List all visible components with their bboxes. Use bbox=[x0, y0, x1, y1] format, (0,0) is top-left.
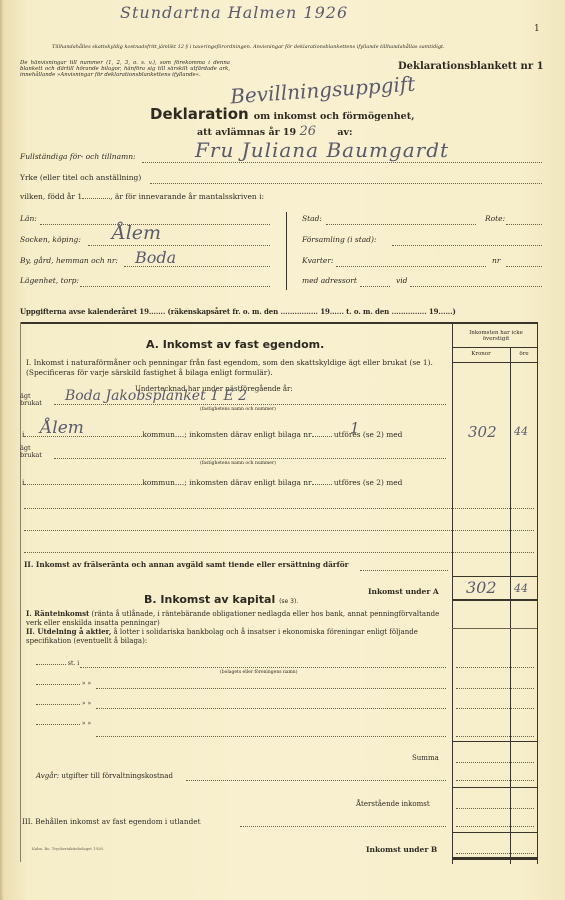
total-a-bottom-rule bbox=[452, 599, 537, 601]
blank-line-3[interactable] bbox=[24, 552, 534, 553]
column-subheader-rule bbox=[452, 362, 537, 363]
amount-column-right bbox=[537, 324, 538, 864]
item2-bold: II. Utdelning å aktier, bbox=[26, 627, 111, 636]
share-amount-1[interactable] bbox=[456, 667, 534, 668]
forsamling-field[interactable] bbox=[392, 245, 542, 246]
share-name-2[interactable] bbox=[96, 688, 446, 689]
born-label: vilken, född år 1 bbox=[20, 192, 82, 201]
section-b-item3: III. Behållen inkomst av fast egendom i … bbox=[22, 817, 201, 826]
share-amount-4[interactable] bbox=[456, 736, 534, 737]
title-line2: att avlämnas år 19 26 av: bbox=[197, 124, 353, 139]
fullname-field[interactable]: Fru Juliana Baumgardt bbox=[195, 138, 449, 162]
page-edge-shadow bbox=[0, 0, 4, 900]
share-prefix-1: st. i bbox=[68, 660, 79, 667]
total-b-field[interactable] bbox=[456, 853, 534, 854]
page-title: Deklaration om inkomst och förmögenhet, bbox=[150, 104, 414, 123]
amount-column-left bbox=[452, 324, 453, 864]
share-name-3[interactable] bbox=[96, 708, 446, 709]
property1-field[interactable]: Boda Jakobsplanket 1 E 2 bbox=[65, 388, 247, 404]
rote-label: Rote: bbox=[485, 214, 505, 223]
income-text-1: ; inkomsten därav enligt bilaga nr bbox=[184, 430, 311, 439]
kvarter-nr-label: nr bbox=[492, 256, 500, 265]
kommun1-field[interactable]: Ålem bbox=[40, 418, 84, 438]
title-sub: om inkomst och förmögenhet, bbox=[254, 111, 415, 122]
adressort-label: med adressort bbox=[302, 276, 357, 285]
item2-line bbox=[360, 570, 448, 571]
brukat-label-2: brukat bbox=[20, 452, 42, 459]
deduct-line bbox=[186, 780, 446, 781]
summa-top-rule bbox=[452, 741, 537, 742]
total-a-label: Inkomst under A bbox=[368, 587, 439, 596]
by-field[interactable]: Boda bbox=[135, 248, 176, 267]
socken-line bbox=[88, 245, 270, 246]
summa-field[interactable] bbox=[456, 762, 534, 763]
brukat-label-1: brukat bbox=[20, 400, 42, 407]
total-a-top-rule bbox=[452, 576, 537, 577]
total-b-label: Inkomst under B bbox=[366, 845, 437, 854]
property2-caption: (fastighetens namn och nummer) bbox=[200, 461, 276, 466]
section-b-ref: (se 3). bbox=[279, 598, 298, 605]
page-number: 1 bbox=[534, 24, 540, 34]
handwritten-stamp: Bevillningsuppgift bbox=[229, 72, 416, 109]
total-a-kronor[interactable]: 302 bbox=[466, 578, 497, 597]
amount1-ore[interactable]: 44 bbox=[514, 425, 528, 438]
section-a-title: A. Inkomst av fast egendom. bbox=[146, 338, 324, 351]
adressort-field[interactable] bbox=[360, 286, 390, 287]
deduct-amount[interactable] bbox=[456, 780, 534, 781]
share-caption: (bolagets eller föreningens namn) bbox=[220, 670, 297, 675]
item1-bold: I. Ränteinkomst bbox=[26, 609, 89, 618]
blank-line-1[interactable] bbox=[24, 508, 534, 509]
lagenhet-field[interactable] bbox=[80, 286, 270, 287]
born-year-field[interactable] bbox=[82, 198, 110, 199]
title-main: Deklaration bbox=[150, 105, 249, 123]
section-a-item1: I. Inkomst i naturaförmåner och penninga… bbox=[26, 358, 446, 378]
amount1-kronor[interactable]: 302 bbox=[468, 423, 497, 441]
agt-brukat-1: ägt brukat bbox=[20, 393, 42, 407]
section-b-item1: I. Ränteinkomst (ränta å utlånade, i rän… bbox=[26, 610, 444, 627]
kommun-label-1: kommun bbox=[142, 430, 174, 439]
total-b-top-rule bbox=[452, 832, 537, 833]
socken-label: Socken, köping: bbox=[20, 235, 81, 244]
bilaga1-field[interactable]: 1 bbox=[350, 419, 360, 437]
remaining-top-rule bbox=[452, 787, 537, 788]
occupation-field[interactable] bbox=[150, 183, 542, 184]
bilaga2-field[interactable] bbox=[312, 484, 332, 485]
form-label: Deklarationsblankett nr 1 bbox=[398, 61, 544, 72]
occupation-label: Yrke (eller titel och anställning) bbox=[20, 173, 141, 182]
kvarter-label: Kvarter: bbox=[302, 256, 333, 265]
fullname-line bbox=[142, 162, 542, 163]
deduct-text: utgifter till förvaltningskostnad bbox=[61, 772, 173, 780]
period-line: Uppgifterna avse kalenderåret 19....... … bbox=[20, 307, 456, 316]
frame-top-rule bbox=[20, 322, 538, 324]
lagenhet-label: Lägenhet, torp: bbox=[20, 276, 79, 285]
col-ore-header: öre bbox=[513, 351, 535, 357]
printer-credit: Kalm. Bo. Tryckeriaktiebolaget 1926. bbox=[32, 846, 104, 851]
deduct-label: Avgår: bbox=[36, 772, 59, 780]
item1-amount-rule bbox=[452, 628, 537, 629]
agt-brukat-2: ägt brukat bbox=[20, 445, 42, 459]
share-row-2: » » bbox=[36, 680, 91, 687]
share-amount-2[interactable] bbox=[456, 688, 534, 689]
born-suffix: , är för innevarande år mantalsskriven i… bbox=[110, 192, 264, 201]
share-count-2[interactable] bbox=[36, 684, 80, 685]
property1-line bbox=[54, 404, 446, 405]
title-year-handwritten: 26 bbox=[299, 124, 316, 139]
stad-label: Stad: bbox=[302, 214, 322, 223]
summa-label: Summa bbox=[412, 754, 439, 762]
form-label-text: Deklarationsblankett bbox=[398, 61, 517, 72]
vid-field[interactable] bbox=[410, 286, 542, 287]
total-b-bottom-rule bbox=[452, 857, 537, 860]
property1-caption: (fastighetens namn och nummer) bbox=[200, 407, 276, 412]
share-row-3: » » bbox=[36, 700, 91, 707]
stad-field[interactable] bbox=[326, 224, 476, 225]
section-a-item2: II. Inkomst av frälseränta och annan avg… bbox=[24, 560, 349, 569]
bilaga1-line bbox=[312, 436, 332, 437]
share-row-1: st. i bbox=[36, 660, 79, 667]
title-year-prefix: att avlämnas år 19 bbox=[197, 127, 296, 138]
form-number: nr 1 bbox=[521, 61, 544, 72]
kvarter-field[interactable] bbox=[336, 266, 486, 267]
rote-field[interactable] bbox=[506, 224, 542, 225]
property2-field[interactable] bbox=[54, 458, 446, 459]
born-row: vilken, född år 1, är för innevarande år… bbox=[20, 192, 264, 201]
blank-line-2[interactable] bbox=[24, 530, 534, 531]
share-amount-3[interactable] bbox=[456, 708, 534, 709]
share-count-1[interactable] bbox=[36, 664, 66, 665]
column-header-rule bbox=[452, 347, 537, 348]
amount-column-header: Inkomsten har icke överstigit bbox=[455, 330, 537, 342]
forsamling-label: Församling (i stad): bbox=[302, 235, 376, 244]
socken-field[interactable]: Ålem bbox=[112, 222, 161, 244]
share-prefix-2: » » bbox=[82, 680, 91, 687]
kvarter-nr-field[interactable] bbox=[506, 266, 542, 267]
handwritten-top-note: Stundartna Halmen 1926 bbox=[120, 3, 348, 22]
section-b-title: B. Inkomst av kapital (se 3). bbox=[144, 593, 298, 606]
instruction-note: De hänvisningar till nummer (1, 2, 3, o.… bbox=[20, 60, 230, 78]
share-prefix-3: » » bbox=[82, 700, 91, 707]
vid-label: vid bbox=[396, 276, 407, 285]
share-count-4[interactable] bbox=[36, 724, 80, 725]
kommun-label-2: kommun bbox=[142, 478, 174, 487]
remaining-field[interactable] bbox=[456, 808, 534, 809]
share-prefix-4: » » bbox=[82, 720, 91, 727]
kommun-row-2: ikommun....; inkomsten därav enligt bila… bbox=[22, 478, 402, 487]
col-kronor-header: Kronor bbox=[455, 351, 507, 357]
lan-label: Län: bbox=[20, 214, 37, 223]
item3-line bbox=[240, 826, 446, 827]
legal-notice: Tillhandahålles skattskyldig kostnadsfri… bbox=[52, 44, 522, 50]
by-label: By, gård, hemman och nr: bbox=[20, 256, 118, 265]
carried-text-1: utföres (se 2) med bbox=[334, 430, 402, 439]
remaining-label: Återstående inkomst bbox=[356, 800, 430, 808]
deduct-row: Avgår: utgifter till förvaltningskostnad bbox=[36, 772, 173, 780]
share-name-1[interactable] bbox=[80, 667, 446, 668]
section-b-item2: II. Utdelning å aktier, å lotter i solid… bbox=[26, 628, 444, 645]
title-av: av: bbox=[337, 127, 352, 138]
carried-text-2: utföres (se 2) med bbox=[334, 478, 402, 487]
share-row-4: » » bbox=[36, 720, 91, 727]
section-b-title-text: B. Inkomst av kapital bbox=[144, 593, 275, 606]
share-count-3[interactable] bbox=[36, 704, 80, 705]
column-divider bbox=[286, 212, 287, 290]
fullname-label: Fullständiga för- och tillnamn: bbox=[20, 152, 136, 161]
share-name-4[interactable] bbox=[96, 736, 446, 737]
item3-amount[interactable] bbox=[456, 826, 534, 827]
income-text-2: ; inkomsten därav enligt bilaga nr bbox=[184, 478, 311, 487]
total-a-ore[interactable]: 44 bbox=[514, 582, 528, 595]
kommun2-field[interactable] bbox=[24, 484, 142, 485]
